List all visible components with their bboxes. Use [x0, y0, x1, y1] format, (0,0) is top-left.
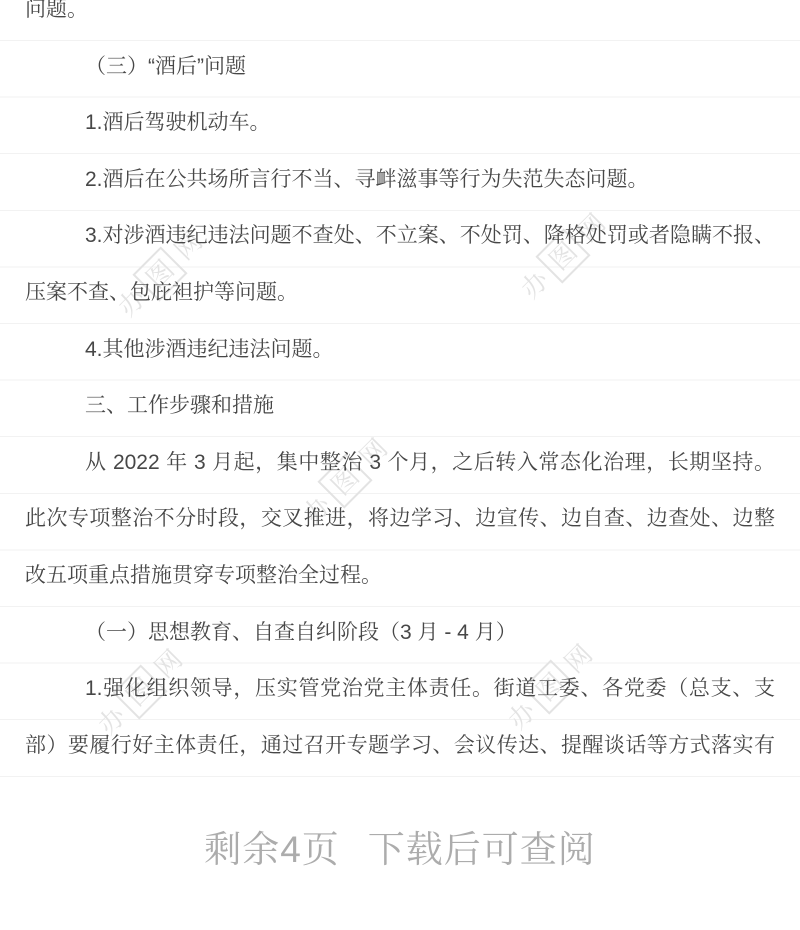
text-line: （一）思想教育、自查自纠阶段（3 月 - 4 月）: [25, 605, 775, 662]
text-line: 问题。: [25, 0, 775, 39]
document-body: 问题。（三）“酒后”问题1.酒后驾驶机动车。2.酒后在公共场所言行不当、寻衅滋事…: [25, 0, 775, 774]
text-line: 改五项重点措施贯穿专项整治全过程。: [25, 548, 775, 605]
text-line: 此次专项整治不分时段，交叉推进，将边学习、边宣传、边自查、边查处、边整: [25, 491, 775, 548]
text-line: 部）要履行好主体责任，通过召开专题学习、会议传达、提醒谈话等方式落实有: [25, 718, 775, 775]
text-line: 1.强化组织领导，压实管党治党主体责任。街道工委、各党委（总支、支: [25, 661, 775, 718]
document-preview-page: { "document": { "lines": [ { "text": "问题…: [0, 0, 800, 930]
text-line: 2.酒后在公共场所言行不当、寻衅滋事等行为失范失态问题。: [25, 152, 775, 209]
text-line: 压案不查、包庇袒护等问题。: [25, 265, 775, 322]
preview-footer-note: 剩余4页 下载后可查阅: [0, 828, 800, 872]
text-line: 从 2022 年 3 月起，集中整治 3 个月，之后转入常态化治理，长期坚持。: [25, 435, 775, 492]
text-line: 4.其他涉酒违纪违法问题。: [25, 322, 775, 379]
text-line: （三）“酒后”问题: [25, 39, 775, 96]
pages-remaining-label: 剩余4页: [204, 828, 340, 872]
text-line: 三、工作步骤和措施: [25, 378, 775, 435]
download-hint-label: 下载后可查阅: [368, 828, 596, 872]
text-line: 1.酒后驾驶机动车。: [25, 95, 775, 152]
text-line: 3.对涉酒违纪违法问题不查处、不立案、不处罚、降格处罚或者隐瞒不报、: [25, 208, 775, 265]
